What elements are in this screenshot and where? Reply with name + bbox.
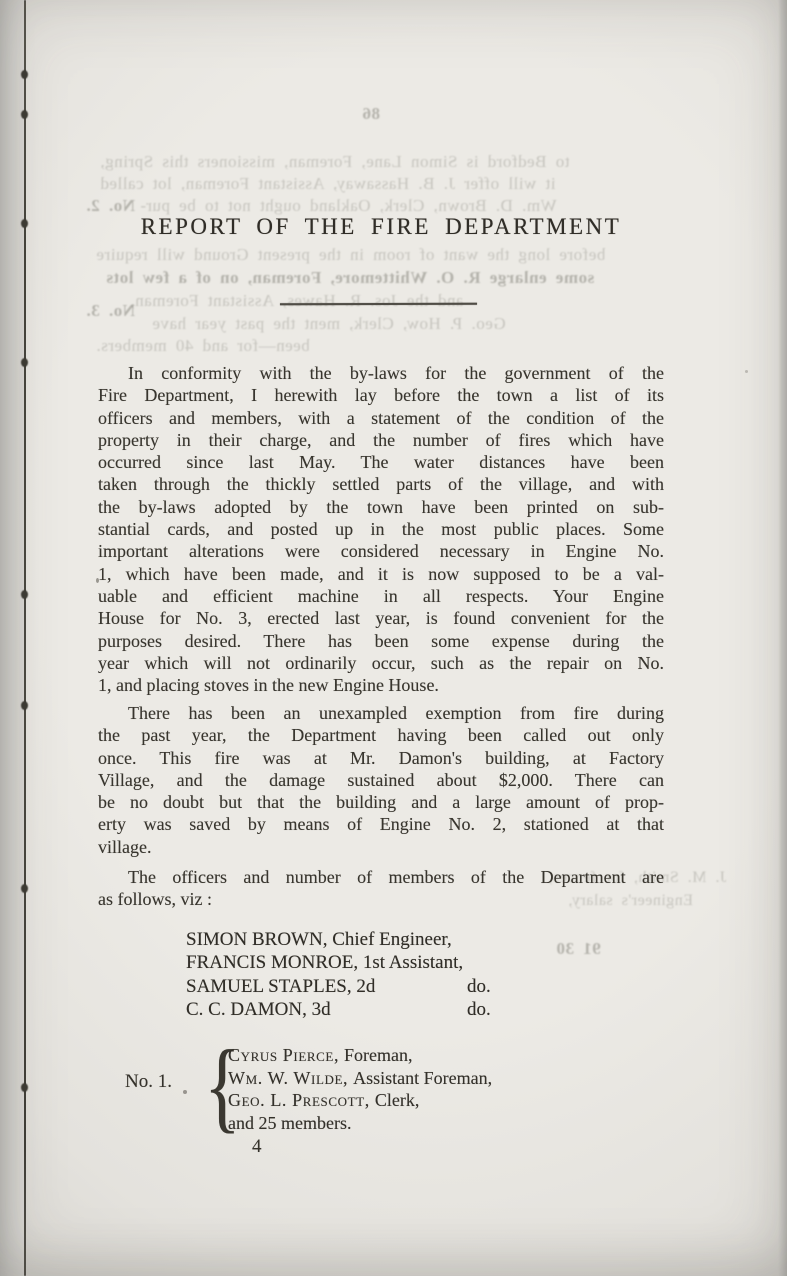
binding-nick xyxy=(21,590,28,599)
member-row: Geo. L. Prescott,Clerk, xyxy=(228,1089,492,1112)
member-row: Wm. W. Wilde,Assistant Foreman, xyxy=(228,1067,492,1090)
bleed-through-line: been—for and 40 members. xyxy=(96,336,310,356)
text-line: officers and members, with a statement o… xyxy=(98,407,664,429)
text-line: property in their charge, and the number… xyxy=(98,429,664,451)
member-name: Cyrus Pierce, xyxy=(228,1045,339,1065)
chief-officers-list: SIMON BROWN, Chief Engineer, FRANCIS MON… xyxy=(186,928,606,1022)
text-line: Fire Department, I herewith lay before t… xyxy=(98,384,664,406)
bleed-through-line: some enlarge R. O. Whittemore, Foreman, … xyxy=(106,268,594,288)
company-number-label: No. 1. xyxy=(125,1071,172,1093)
member-row: and 25 members. xyxy=(228,1112,492,1135)
binding-nick xyxy=(21,219,28,228)
ditto-label: do. xyxy=(467,975,491,998)
text-line: The officers and number of members of th… xyxy=(98,866,664,888)
officer-text: SAMUEL STAPLES, 2d xyxy=(186,976,375,997)
text-line: be no doubt but that the building and a … xyxy=(98,791,664,813)
officer-text: FRANCIS MONROE, 1st Assistant, xyxy=(186,952,463,973)
text-line: uable and efficient machine in all respe… xyxy=(98,585,664,607)
text-line: purposes desired. There has been some ex… xyxy=(98,630,664,652)
binding-nick xyxy=(21,1083,28,1092)
bleed-through-line: Geo. P. How, Clerk, ment the past year h… xyxy=(152,314,506,334)
ditto-label: do. xyxy=(467,998,491,1021)
text-line: 1, which have been made, and it is now s… xyxy=(98,563,664,585)
text-line: important alterations were considered ne… xyxy=(98,540,664,562)
member-role: Clerk, xyxy=(375,1090,420,1110)
bleed-through-line: before long the want of room in the pres… xyxy=(96,245,605,265)
officer-row: SIMON BROWN, Chief Engineer, xyxy=(186,928,606,951)
text-line: taken through the thickly settled parts … xyxy=(98,473,664,495)
page-number: 4 xyxy=(252,1136,262,1158)
member-role: and 25 members. xyxy=(228,1113,351,1133)
bleed-through-line: and the Jos. R. Hawes, Assistant Foreman… xyxy=(130,291,463,311)
binding-nick xyxy=(21,358,28,367)
text-line: year which will not ordinarily occur, su… xyxy=(98,652,664,674)
binding-nick xyxy=(21,110,28,119)
bleed-through-line: No. 2. xyxy=(86,196,135,216)
bleed-through-page-number: 86 xyxy=(362,104,380,124)
member-role: Foreman, xyxy=(344,1045,412,1065)
bleed-through-line: Wm. D. Brown, Clerk, Oakland ought not t… xyxy=(140,196,557,216)
scanned-document-page: 86 to Bedford is Simon Lane, Foreman, mi… xyxy=(0,0,787,1276)
text-line: as follows, viz : xyxy=(98,888,664,910)
page-right-edge xyxy=(778,0,787,1276)
text-line: There has been an unexampled exemption f… xyxy=(98,702,664,724)
text-line: occurred since last May. The water dista… xyxy=(98,451,664,473)
officer-row: SAMUEL STAPLES, 2d do. xyxy=(186,975,606,998)
paper-speck xyxy=(745,370,748,373)
paper-speck xyxy=(183,1090,187,1094)
body-paragraph-1: In conformity with the by-laws for the g… xyxy=(98,362,664,696)
body-paragraph-3: The officers and number of members of th… xyxy=(98,866,664,911)
report-title: REPORT OF THE FIRE DEPARTMENT xyxy=(98,214,664,240)
binding-nick xyxy=(21,701,28,710)
text-line: stantial cards, and posted up in the mos… xyxy=(98,518,664,540)
officer-row: FRANCIS MONROE, 1st Assistant, xyxy=(186,951,606,974)
text-line: once. This fire was at Mr. Damon's build… xyxy=(98,747,664,769)
text-line: village. xyxy=(98,836,664,858)
paper-speck xyxy=(96,578,99,583)
member-name: Geo. L. Prescott, xyxy=(228,1090,370,1110)
bleed-through-line: it will offer J. B. Hassaway, Assistant … xyxy=(100,174,556,194)
member-name: Wm. W. Wilde, xyxy=(228,1068,348,1088)
text-line: the past year, the Department having bee… xyxy=(98,724,664,746)
member-role: Assistant Foreman, xyxy=(353,1068,492,1088)
bleed-through-line: No. 3. xyxy=(86,301,135,321)
member-row: Cyrus Pierce,Foreman, xyxy=(228,1044,492,1067)
text-line: 1, and placing stoves in the new Engine … xyxy=(98,674,664,696)
text-line: erty was saved by means of Engine No. 2,… xyxy=(98,813,664,835)
bleed-through-line: to Bedford is Simon Lane, Foreman, missi… xyxy=(100,152,569,172)
officer-row: C. C. DAMON, 3d do. xyxy=(186,998,606,1021)
binding-nick xyxy=(21,884,28,893)
binding-nick xyxy=(21,70,28,79)
text-line: In conformity with the by-laws for the g… xyxy=(98,362,664,384)
officer-text: C. C. DAMON, 3d xyxy=(186,999,331,1020)
text-line: the by-laws adopted by the town have bee… xyxy=(98,496,664,518)
body-paragraph-2: There has been an unexampled exemption f… xyxy=(98,702,664,858)
text-line: Village, and the damage sustained about … xyxy=(98,769,664,791)
text-line: House for No. 3, erected last year, is f… xyxy=(98,607,664,629)
officer-text: SIMON BROWN, Chief Engineer, xyxy=(186,929,452,950)
company-members-list: Cyrus Pierce,Foreman, Wm. W. Wilde,Assis… xyxy=(228,1044,492,1134)
